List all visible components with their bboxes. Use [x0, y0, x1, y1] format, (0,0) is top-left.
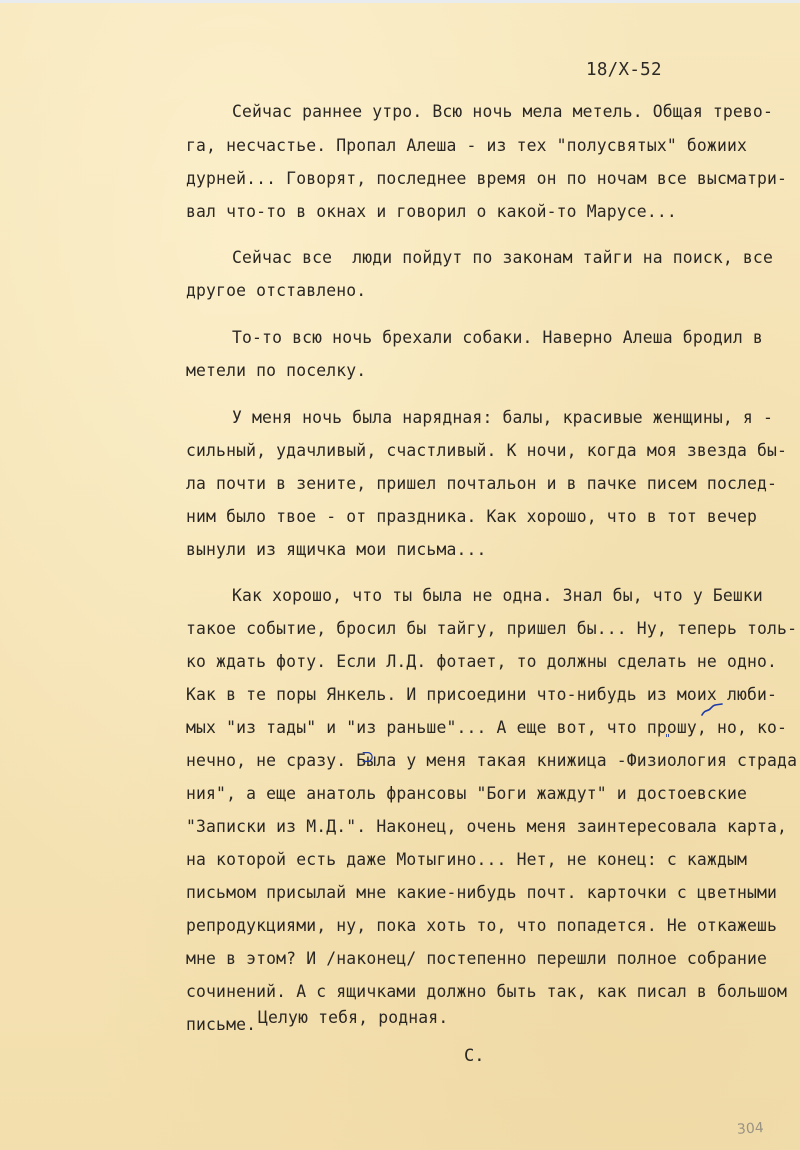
- letter-closing: Целую тебя, родная.: [258, 1008, 448, 1027]
- scan-top-edge: [0, 0, 800, 3]
- letter-page: 18/X-52 Сейчас раннее утро. Всю ночь мел…: [0, 0, 800, 1150]
- letter-line: Как хорошо, что ты была не одна. Знал бы…: [232, 586, 763, 605]
- letter-line: мых "из тады" и "из раньше"... А еще вот…: [186, 718, 787, 737]
- letter-signature: С.: [464, 1046, 484, 1066]
- letter-line: сочинений. А с ящичками должно быть так,…: [186, 982, 787, 1001]
- letter-line: дурней... Говорят, последнее время он по…: [186, 169, 787, 188]
- letter-line: ко ждать фоту. Если Л.Д. фотает, то долж…: [186, 652, 777, 671]
- letter-line: на которой есть даже Мотыгино... Нет, не…: [186, 850, 747, 869]
- letter-line: метели по поселку.: [186, 361, 366, 380]
- letter-line: ла почти в зените, пришел почтальон и в …: [186, 474, 777, 493]
- letter-line: нечно, не сразу. Была у меня такая книжи…: [186, 751, 800, 770]
- archive-page-number: 304: [736, 1120, 764, 1138]
- letter-line: письмом присылай мне какие-нибудь почт. …: [186, 883, 777, 902]
- letter-line: репродукциями, ну, пока хоть то, что поп…: [186, 916, 777, 935]
- letter-line: письме.: [186, 1015, 256, 1034]
- letter-line: Сейчас раннее утро. Всю ночь мела метель…: [232, 102, 773, 121]
- letter-date: 18/X-52: [586, 60, 662, 80]
- letter-line: ним было твое - от праздника. Как хорошо…: [186, 507, 757, 526]
- letter-line: "Записки из М.Д.". Наконец, очень меня з…: [186, 817, 787, 836]
- letter-line: У меня ночь была нарядная: балы, красивы…: [232, 408, 773, 427]
- letter-line: ния", а еще анатоль франсовы "Боги жажду…: [186, 784, 747, 803]
- letter-line: вынули из ящичка мои письма...: [186, 540, 487, 559]
- letter-line: Сейчас все люди пойдут по законам тайги …: [232, 248, 773, 267]
- letter-line: мне в этом? И /наконец/ постепенно переш…: [186, 949, 767, 968]
- letter-line: га, несчастье. Пропал Алеша - из тех "по…: [186, 136, 747, 155]
- letter-line: То-то всю ночь брехали собаки. Наверно А…: [232, 328, 763, 347]
- letter-line: сильный, удачливый, счастливый. К ночи, …: [186, 441, 787, 460]
- letter-line: вал что-то в окнах и говорил о какой-то …: [186, 202, 677, 221]
- letter-line: другое отставлено.: [186, 281, 366, 300]
- letter-line: такое событие, бросил бы тайгу, пришел б…: [186, 619, 797, 638]
- letter-line: Как в те поры Янкель. И присоедини что-н…: [186, 685, 777, 704]
